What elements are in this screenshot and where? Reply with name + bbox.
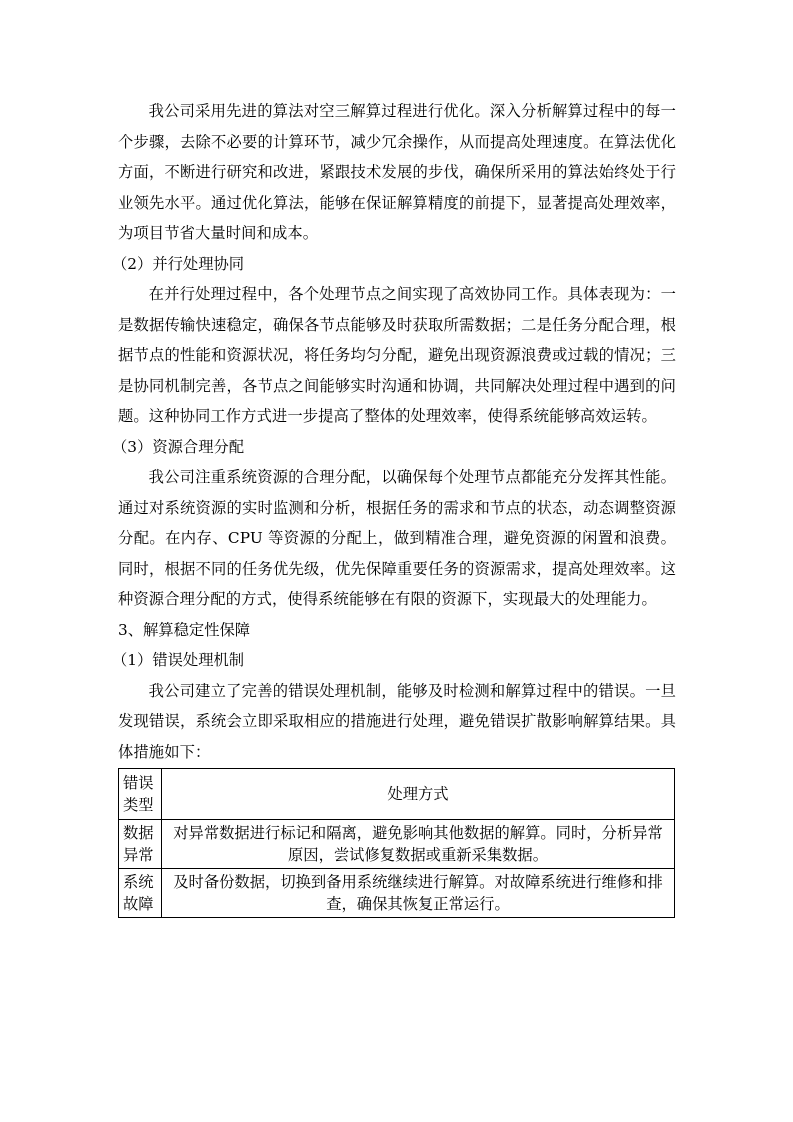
subheading-error-handling: （1）错误处理机制	[112, 645, 676, 676]
table-header-row: 错误类型 处理方式	[119, 769, 675, 820]
paragraph-resource-allocation: 我公司注重系统资源的合理分配，以确保每个处理节点都能充分发挥其性能。通过对系统资…	[118, 462, 676, 615]
document-page: 我公司采用先进的算法对空三解算过程进行优化。深入分析解算过程中的每一个步骤，去除…	[0, 0, 793, 1122]
subheading-parallel-processing: （2）并行处理协同	[112, 249, 676, 280]
table-row: 数据异常 对异常数据进行标记和隔离，避免影响其他数据的解算。同时，分析异常原因，…	[119, 820, 675, 869]
cell-handling-method: 及时备份数据，切换到备用系统继续进行解算。对故障系统进行维修和排查，确保其恢复正…	[162, 869, 675, 918]
document-body: 我公司采用先进的算法对空三解算过程进行优化。深入分析解算过程中的每一个步骤，去除…	[118, 96, 676, 918]
header-error-type: 错误类型	[119, 769, 162, 820]
paragraph-algorithm-optimization: 我公司采用先进的算法对空三解算过程进行优化。深入分析解算过程中的每一个步骤，去除…	[118, 96, 676, 249]
error-handling-table: 错误类型 处理方式 数据异常 对异常数据进行标记和隔离，避免影响其他数据的解算。…	[118, 768, 675, 918]
cell-handling-method: 对异常数据进行标记和隔离，避免影响其他数据的解算。同时，分析异常原因，尝试修复数…	[162, 820, 675, 869]
section-heading-stability: 3、解算稳定性保障	[118, 615, 676, 646]
paragraph-error-handling: 我公司建立了完善的错误处理机制，能够及时检测和解算过程中的错误。一旦发现错误，系…	[118, 676, 676, 768]
header-handling-method: 处理方式	[162, 769, 675, 820]
table-row: 系统故障 及时备份数据，切换到备用系统继续进行解算。对故障系统进行维修和排查，确…	[119, 869, 675, 918]
cell-error-type: 数据异常	[119, 820, 162, 869]
cell-error-type: 系统故障	[119, 869, 162, 918]
paragraph-parallel-processing: 在并行处理过程中，各个处理节点之间实现了高效协同工作。具体表现为：一是数据传输快…	[118, 279, 676, 432]
subheading-resource-allocation: （3）资源合理分配	[112, 432, 676, 463]
